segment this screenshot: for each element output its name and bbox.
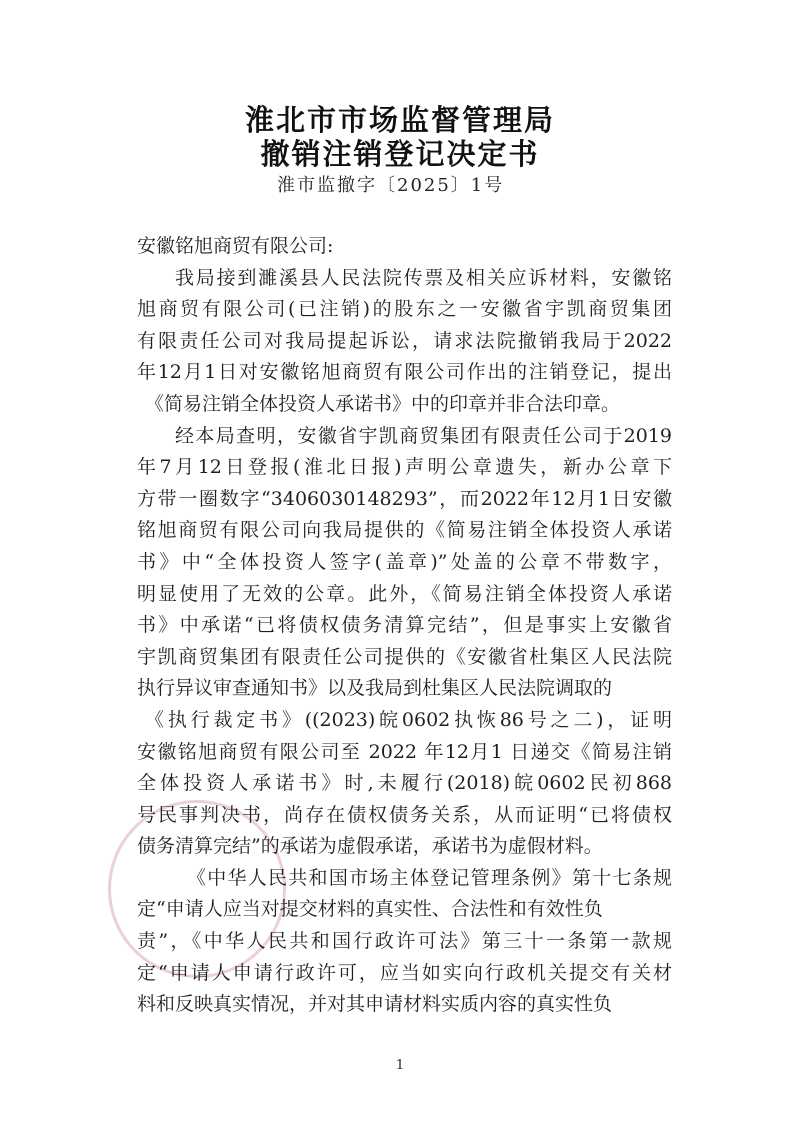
paragraph-2-line: 号民事判决书，尚存在债权债务关系，从而证明“已将债权	[137, 800, 672, 832]
paragraph-2-line: 经本局查明，安徽省宇凯商贸集团有限责任公司于2019	[137, 421, 672, 453]
document-title-decision: 撤销注销登记决定书	[0, 138, 800, 170]
paragraph-2-line: 年7月12日登报(淮北日报)声明公章遗失，新办公章下	[137, 452, 672, 484]
paragraph-2-line: 执行异议审查通知书》以及我局到杜集区人民法院调取的	[137, 673, 672, 705]
document-title-agency: 淮北市市场监督管理局	[0, 104, 800, 136]
paragraph-3-line: 料和反映真实情况，并对其申请材料实质内容的真实性负	[137, 989, 672, 1021]
salutation: 安徽铭旭商贸有限公司:	[137, 231, 672, 263]
paragraph-2-line: 书》中“全体投资人签字(盖章)”处盖的公章不带数字，	[137, 547, 672, 579]
paragraph-1-line: 旭商贸有限公司(已注销)的股东之一安徽省宇凯商贸集团	[137, 294, 672, 326]
paragraph-1-line: 有限责任公司对我局提起诉讼，请求法院撤销我局于2022	[137, 326, 672, 358]
paragraph-2-line: 方带一圈数字“3406030148293”，而2022年12月1日安徽	[137, 484, 672, 516]
paragraph-2-line: 宇凯商贸集团有限责任公司提供的《安徽省杜集区人民法院	[137, 642, 672, 674]
paragraph-2-line: 明显使用了无效的公章。此外，《简易注销全体投资人承诺	[137, 579, 672, 611]
paragraph-2-line: 《执行裁定书》((2023)皖0602执恢86号之二)，证明	[137, 705, 672, 737]
paragraph-3-line: 责”，《中华人民共和国行政许可法》第三十一条第一款规	[137, 926, 672, 958]
paragraph-2-line: 全体投资人承诺书》时,未履行(2018)皖0602民初868	[137, 768, 672, 800]
paragraph-2-line: 安徽铭旭商贸有限公司至 2022 年12月1 日递交《简易注销	[137, 737, 672, 769]
page-number: 1	[0, 1058, 800, 1073]
document-page: 淮北市市场监督管理局 撤销注销登记决定书 淮市监撤字〔2025〕1号 安徽铭旭商…	[0, 0, 800, 1132]
document-body: 安徽铭旭商贸有限公司: 我局接到濉溪县人民法院传票及相关应诉材料，安徽铭 旭商贸…	[137, 231, 672, 1021]
paragraph-3-line: 《中华人民共和国市场主体登记管理条例》第十七条规	[137, 863, 672, 895]
paragraph-1-line: 我局接到濉溪县人民法院传票及相关应诉材料，安徽铭	[137, 263, 672, 295]
document-number: 淮市监撤字〔2025〕1号	[277, 174, 504, 198]
paragraph-1-line: 年12月1日对安徽铭旭商贸有限公司作出的注销登记，提出	[137, 357, 672, 389]
paragraph-1-line: 《简易注销全体投资人承诺书》中的印章并非合法印章。	[137, 389, 672, 421]
paragraph-3-line: 定“申请人应当对提交材料的真实性、合法性和有效性负	[137, 894, 672, 926]
paragraph-2-line: 债务清算完结”的承诺为虚假承诺，承诺书为虚假材料。	[137, 831, 672, 863]
paragraph-2-line: 铭旭商贸有限公司向我局提供的《简易注销全体投资人承诺	[137, 515, 672, 547]
paragraph-2-line: 书》中承诺“已将债权债务清算完结”，但是事实上安徽省	[137, 610, 672, 642]
paragraph-3-line: 定“申请人申请行政许可，应当如实向行政机关提交有关材	[137, 958, 672, 990]
